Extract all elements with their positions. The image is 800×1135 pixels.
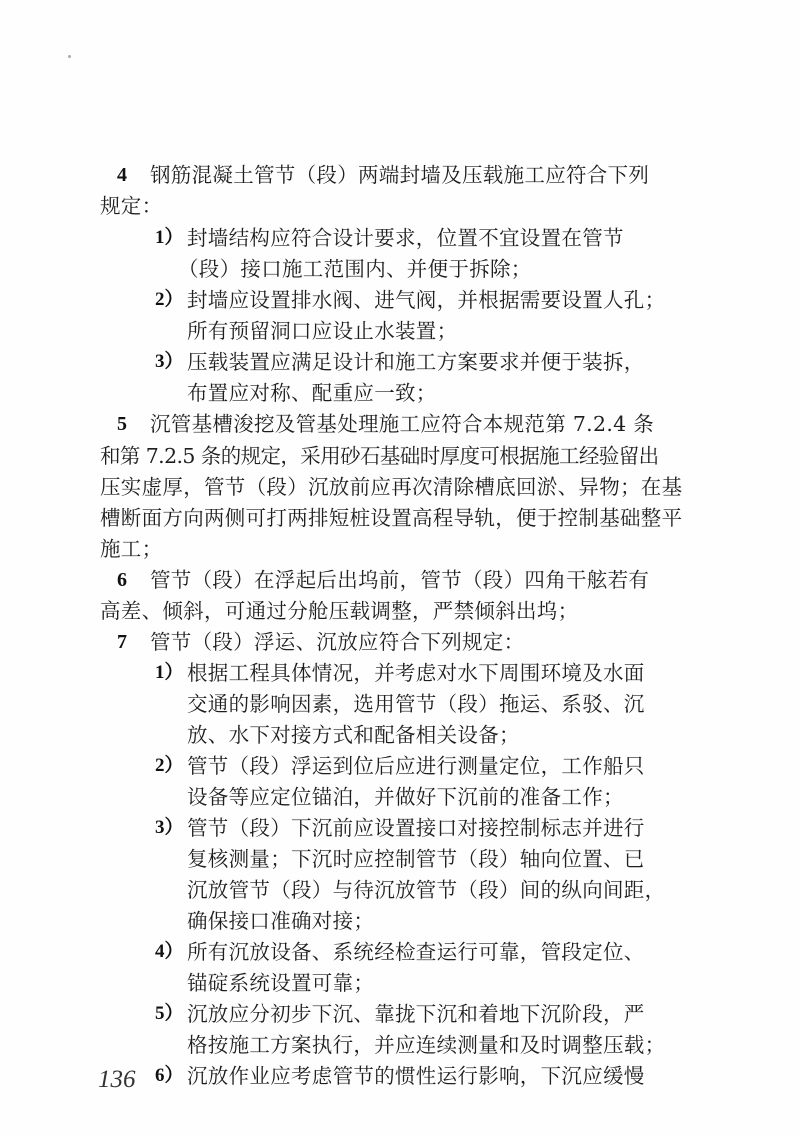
clause-number: 6 bbox=[117, 568, 127, 592]
sub-item-text-line: 复核测量；下沉时应控制管节（段）轴向位置、已 bbox=[187, 847, 645, 871]
sub-item-text-line: 封墙应设置排水阀、进气阀，并根据需要设置人孔； bbox=[187, 288, 665, 312]
clause-number: 4 bbox=[117, 163, 127, 187]
clause-text-line: 钢筋混凝土管节（段）两端封墙及压载施工应符合下列 bbox=[150, 163, 649, 187]
clause-text-line: 管节（段）浮运、沉放应符合下列规定： bbox=[150, 630, 524, 654]
page-number: 136 bbox=[98, 1066, 136, 1094]
clause-number: 7 bbox=[117, 630, 127, 654]
clause-text-line: 规定： bbox=[100, 194, 162, 218]
sub-item-text-line: 锚碇系统设置可靠； bbox=[187, 971, 374, 995]
sub-item-label: 2） bbox=[155, 754, 184, 778]
clause-text-line: 施工； bbox=[100, 537, 162, 561]
sub-item-label: 5） bbox=[155, 1002, 184, 1026]
sub-item-text-line: 管节（段）下沉前应设置接口对接控制标志并进行 bbox=[187, 816, 645, 840]
sub-item-label: 3） bbox=[155, 816, 184, 840]
sub-item-text-line: 设备等应定位锚泊，并做好下沉前的准备工作； bbox=[187, 785, 624, 809]
sub-item-text-line: 所有预留洞口应设止水装置； bbox=[187, 319, 457, 343]
sub-item-text-line: 放、水下对接方式和配备相关设备； bbox=[187, 723, 520, 747]
document-page: 4 钢筋混凝土管节（段）两端封墙及压载施工应符合下列 规定： 1） 封墙结构应符… bbox=[0, 0, 800, 1135]
sub-item-text-line: 管节（段）浮运到位后应进行测量定位，工作船只 bbox=[187, 754, 645, 778]
sub-item-label: 6） bbox=[155, 1064, 184, 1088]
clause-text-line: 高差、倾斜，可通过分舱压载调整，严禁倾斜出坞； bbox=[100, 599, 578, 623]
clause-number: 5 bbox=[117, 412, 127, 436]
sub-item-text-line: （段）接口施工范围内、并便于拆除； bbox=[178, 257, 532, 281]
sub-item-text-line: 封墙结构应符合设计要求，位置不宜设置在管节 bbox=[187, 226, 624, 250]
sub-item-text-line: 沉放作业应考虑管节的惯性运行影响，下沉应缓慢 bbox=[187, 1064, 645, 1088]
sub-item-text-line: 沉放应分初步下沉、靠拢下沉和着地下沉阶段，严 bbox=[187, 1002, 645, 1026]
sub-item-text-line: 布置应对称、配重应一致； bbox=[187, 381, 437, 405]
sub-item-text-line: 交通的影响因素，选用管节（段）拖运、系驳、沉 bbox=[187, 692, 645, 716]
clause-text-line: 管节（段）在浮起后出坞前，管节（段）四角干舷若有 bbox=[150, 568, 649, 592]
sub-item-text-line: 确保接口准确对接； bbox=[187, 909, 374, 933]
sub-item-label: 1） bbox=[155, 661, 184, 685]
sub-item-label: 1） bbox=[155, 226, 184, 250]
clause-text-line: 和第 7.2.5 条的规定，采用砂石基础时厚度可根据施工经验留出 bbox=[100, 444, 659, 468]
clause-text-line: 沉管基槽浚挖及管基处理施工应符合本规范第 7.2.4 条 bbox=[150, 412, 654, 436]
sub-item-text-line: 沉放管节（段）与待沉放管节（段）间的纵向间距， bbox=[187, 878, 665, 902]
clause-text-line: 槽断面方向两侧可打两排短桩设置高程导轨，便于控制基础整平 bbox=[100, 506, 682, 530]
clause-text-line: 压实虚厚，管节（段）沉放前应再次清除槽底回淤、异物；在基 bbox=[100, 475, 682, 499]
sub-item-label: 2） bbox=[155, 288, 184, 312]
scan-speck bbox=[68, 55, 71, 58]
sub-item-text-line: 所有沉放设备、系统经检查运行可靠，管段定位、 bbox=[187, 940, 645, 964]
sub-item-text-line: 格按施工方案执行，并应连续测量和及时调整压载； bbox=[187, 1033, 665, 1057]
sub-item-label: 3） bbox=[155, 350, 184, 374]
sub-item-text-line: 根据工程具体情况，并考虑对水下周围环境及水面 bbox=[187, 661, 645, 685]
sub-item-label: 4） bbox=[155, 940, 184, 964]
sub-item-text-line: 压载装置应满足设计和施工方案要求并便于装拆， bbox=[187, 350, 645, 374]
